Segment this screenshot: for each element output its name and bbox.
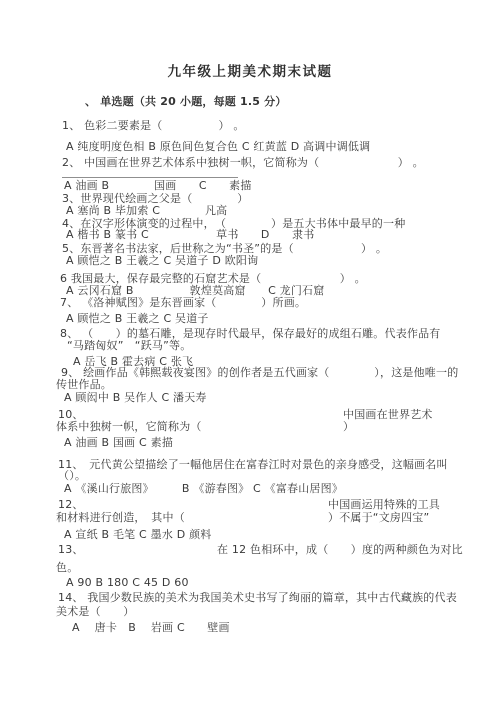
question-1-stem: 1、 色彩二要素是（ ） 。 xyxy=(62,119,245,133)
question-10-stem-line2: 体系中独树一帜，它简称为（ xyxy=(56,420,202,434)
question-12-options: A 宣纸 B 毛笔 C 墨水 D 颜料 xyxy=(64,528,212,542)
question-2-stem: 2、 中国画在世界艺术体系中独树一帜，它简称为（ ） 。 xyxy=(62,156,424,170)
question-13-stem-mid: 在 12 色相环中，成（ ）度的两种颜色为对比 xyxy=(217,543,463,557)
question-13-number: 13、 xyxy=(58,543,84,557)
page-title: 九年级上期美术期末试题 xyxy=(0,60,500,80)
question-12-stem-line2: 和材料进行创造， 其中（ xyxy=(56,511,185,525)
question-10-options: A 油画 B 国画 C 素描 xyxy=(64,436,173,450)
question-7-options: A 顾恺之 B 王羲之 C 吴道子 xyxy=(66,312,209,326)
question-9-options: A 顾闳中 B 吴作人 C 潘天寿 xyxy=(64,391,207,405)
question-11-stem-line2: （）。 xyxy=(58,469,86,483)
question-8-stem-line2: “马踏匈奴” “跃马”等。 xyxy=(67,339,191,353)
question-14-stem-line2: 美术是（ ） xyxy=(56,605,134,619)
section-header: 、 单选题（共 20 小题，每题 1.5 分） xyxy=(85,95,287,109)
question-12-stem-right1: 中国画运用特殊的工具 xyxy=(328,498,440,512)
question-12-number: 12、 xyxy=(58,498,84,512)
question-3-options: A 塞尚 B 毕加索 C 凡高 xyxy=(66,204,227,218)
question-10-stem-right: 中国画在世界艺术 xyxy=(343,408,433,422)
question-9-stem-line1: 9、 绘画作品《韩熙载夜宴图》的创作者是五代画家（ ），这是他唯一的 xyxy=(61,366,458,380)
question-14-stem-line1: 14、 我国少数民族的美术为我国美术史书写了绚丽的篇章，其中古代藏族的代表 xyxy=(58,591,457,605)
exam-document: 九年级上期美术期末试题 、 单选题（共 20 小题，每题 1.5 分） 1、 色… xyxy=(0,0,500,708)
question-13-stem-line2: 色。 xyxy=(56,561,78,575)
question-13-options: A 90 B 180 C 45 D 60 xyxy=(66,576,189,590)
question-14-options: A 唐卡 B 岩画 C 壁画 xyxy=(72,621,230,635)
question-1-options: A 纯度明度色相 B 原色间色复合色 C 红黄蓝 D 高调中调低调 xyxy=(66,140,370,154)
divider-line xyxy=(62,177,238,178)
question-2-options: A 油画 B 国画 C 素描 xyxy=(64,179,252,193)
question-10-paren-close: ） xyxy=(343,420,354,434)
question-5-options: A 顾恺之 B 王羲之 C 吴道子 D 欧阳询 xyxy=(66,254,258,268)
question-11-stem-line1: 11、 元代黄公望描绘了一幅他居住在富春江时对景色的亲身感受，这幅画名叫 xyxy=(58,458,448,472)
question-7-stem: 7、 《洛神赋图》是东晋画家（ ）所画。 xyxy=(60,296,306,310)
question-11-options: A 《溪山行旅图》 B 《游春图》 C 《富春山居图》 xyxy=(64,482,343,496)
question-12-stem-right2: ）不属于“文房四宝” xyxy=(328,511,429,525)
question-9-stem-line2: 传世作品。 xyxy=(56,378,112,392)
question-4-options: A 楷书 B 篆书 C 草书 D 隶书 xyxy=(66,228,314,242)
